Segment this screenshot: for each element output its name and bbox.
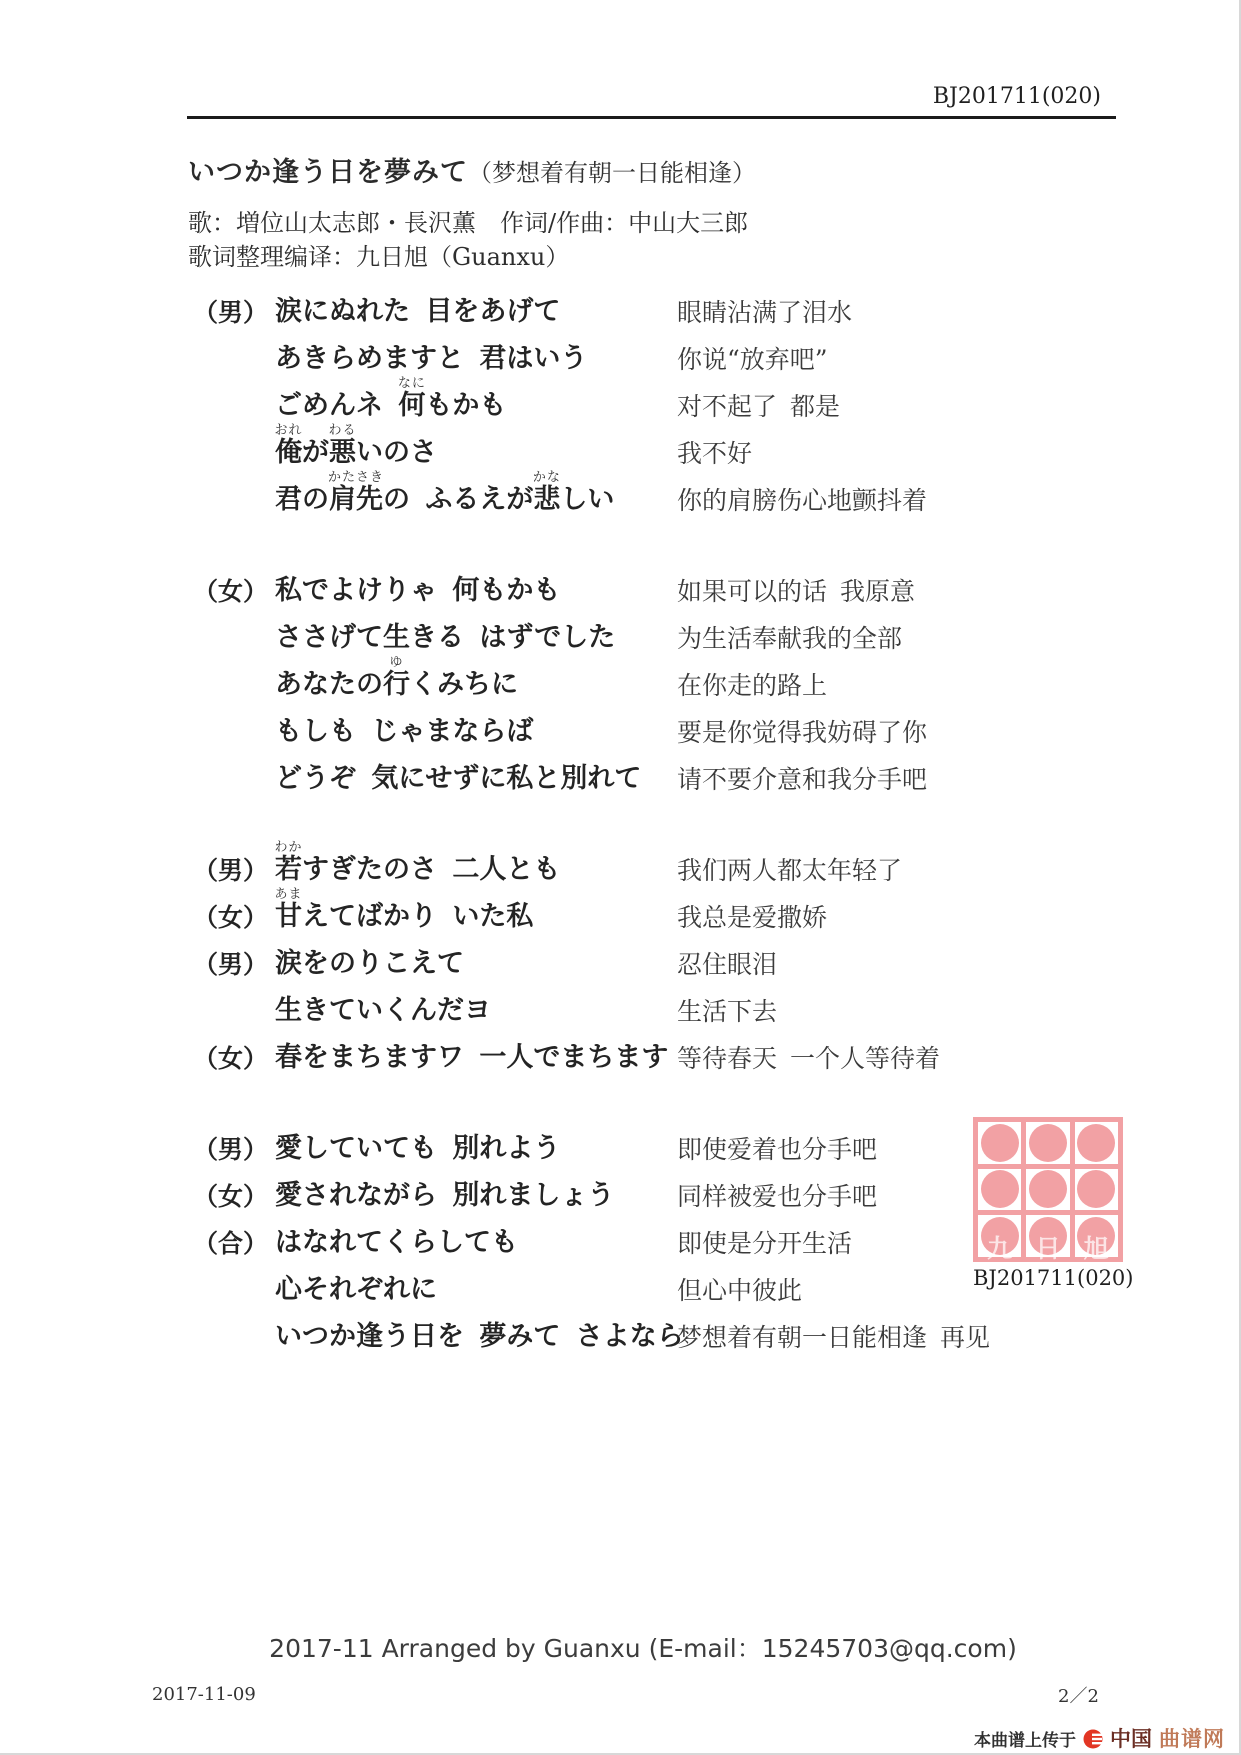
lyric-chinese-translation: 但心中彼此: [677, 1277, 802, 1305]
stamp-cell: [1026, 1122, 1069, 1164]
speaker-label: （女）: [193, 579, 275, 605]
lyric-line: 俺おれが悪わるいのさ我不好: [193, 420, 1193, 467]
lyric-line: （女）甘あまえてばかり いた私我总是爱撒娇: [193, 884, 1193, 931]
ruby-base: 甘あま: [275, 903, 302, 931]
lyric-japanese: 涙にぬれた 目をあげて: [275, 298, 677, 326]
lyric-chinese-translation: 忍住眼泪: [677, 951, 777, 979]
site-name-part2: 曲谱网: [1159, 1728, 1225, 1749]
lyric-chinese-translation: 要是你觉得我妨碍了你: [677, 719, 927, 747]
lyric-chinese-translation: 在你走的路上: [677, 672, 827, 700]
upload-note: 本曲谱上传于: [974, 1726, 1076, 1751]
lyric-japanese: 俺おれが悪わるいのさ: [275, 439, 677, 467]
lyric-chinese-translation: 请不要介意和我分手吧: [677, 766, 927, 794]
lyric-line: あなたの行ゆくみちに在你走的路上: [193, 652, 1193, 699]
stamp-cell: 旭: [1075, 1215, 1118, 1257]
stamp-cell: [1075, 1169, 1118, 1211]
header-divider: [187, 116, 1116, 119]
stamp-dot: [1029, 1124, 1067, 1162]
lyric-chinese-translation: 生活下去: [677, 998, 777, 1026]
speaker-label: （女）: [193, 1184, 275, 1210]
lyric-line: もしも じゃまならば要是你觉得我妨碍了你: [193, 699, 1193, 746]
stamp-dot: [981, 1124, 1019, 1162]
ruby-base: 俺おれ: [275, 439, 302, 467]
ruby-base: 若わか: [275, 856, 302, 884]
lyric-japanese: あなたの行ゆくみちに: [275, 671, 677, 699]
verse: （男）涙にぬれた 目をあげて眼睛沾满了泪水あきらめますと 君はいう你说“放弃吧”…: [193, 279, 1193, 514]
document-code: BJ201711(020): [933, 84, 1101, 109]
stamp-dot: [1029, 1170, 1067, 1208]
lyric-japanese: もしも じゃまならば: [275, 718, 677, 746]
lyric-chinese-translation: 等待春天 一个人等待着: [677, 1045, 940, 1073]
lyric-japanese: ごめんネ 何なにもかも: [275, 392, 677, 420]
lyric-chinese-translation: 如果可以的话 我原意: [677, 578, 915, 606]
furigana: わか: [274, 841, 302, 854]
furigana: あま: [274, 888, 302, 901]
song-title-japanese: いつか逢う日を夢みて: [188, 157, 468, 188]
site-branding: 本曲谱上传于 中国曲谱网: [974, 1726, 1225, 1751]
footer-date: 2017-11-09: [152, 1684, 256, 1705]
lyric-japanese: どうぞ 気にせずに私と別れて: [275, 765, 677, 793]
ruby-base: 何なに: [398, 392, 425, 420]
stamp-cell: [978, 1122, 1021, 1164]
lyrics-sheet-page: { "colors": { "stamp_pink": "#f2a1a4", "…: [0, 0, 1241, 1755]
lyric-line: ごめんネ 何なにもかも对不起了 都是: [193, 373, 1193, 420]
speaker-label: （合）: [193, 1231, 275, 1257]
lyric-chinese-translation: 为生活奉献我的全部: [677, 625, 902, 653]
song-title: いつか逢う日を夢みて（梦想着有朝一日能相逢）: [188, 150, 756, 189]
stamp-cell: [978, 1169, 1021, 1211]
lyric-chinese-translation: 同样被爱也分手吧: [677, 1183, 877, 1211]
stamp-dot: [981, 1170, 1019, 1208]
qupuwang-logo-icon: [1083, 1729, 1103, 1749]
verse: （男）若わかすぎたのさ 二人とも我们两人都太年轻了（女）甘あまえてばかり いた私…: [193, 837, 1193, 1072]
speaker-label: （男）: [193, 952, 275, 978]
speaker-label: （男）: [193, 1137, 275, 1163]
lyric-chinese-translation: 你说“放弃吧”: [677, 346, 828, 374]
stamp-cell: [1075, 1122, 1118, 1164]
lyric-japanese: はなれてくらしても: [275, 1229, 677, 1257]
furigana: おれ: [274, 424, 302, 437]
stamp-character: 旭: [1084, 1236, 1109, 1261]
furigana: かな: [533, 471, 561, 484]
lyric-line: どうぞ 気にせずに私と別れて请不要介意和我分手吧: [193, 746, 1193, 793]
lyric-chinese-translation: 我不好: [677, 440, 752, 468]
ruby-base: 行ゆ: [383, 671, 410, 699]
lyric-line: （女）春をまちますワ 一人でまちます等待春天 一个人等待着: [193, 1025, 1193, 1072]
stamp-dot: [1077, 1170, 1115, 1208]
lyric-chinese-translation: 我总是爱撒娇: [677, 904, 827, 932]
ruby-base: 肩先かたさき: [329, 486, 383, 514]
stamp-character: 九: [987, 1236, 1012, 1261]
lyric-line: いつか逢う日を 夢みて さよなら梦想着有朝一日能相逢 再见: [193, 1304, 1193, 1351]
furigana: かたさき: [328, 471, 384, 484]
stamp-cell: 日: [1026, 1215, 1069, 1257]
stamp-cell: 九: [978, 1215, 1021, 1257]
lyric-japanese: 愛していても 別れよう: [275, 1135, 677, 1163]
lyric-line: （男）涙にぬれた 目をあげて眼睛沾满了泪水: [193, 279, 1193, 326]
credit-arranger: 歌词整理编译：九日旭（Guanxu）: [188, 237, 569, 272]
lyric-japanese: ささげて生きる はずでした: [275, 624, 677, 652]
furigana: ゆ: [389, 656, 403, 669]
seal-stamp: 九日旭: [973, 1117, 1123, 1262]
lyric-chinese-translation: 即使是分开生活: [677, 1230, 852, 1258]
ruby-base: 悪わる: [329, 439, 356, 467]
speaker-label: （女）: [193, 1046, 275, 1072]
speaker-label: （女）: [193, 905, 275, 931]
stamp-character: 日: [1035, 1236, 1060, 1261]
lyric-japanese: 愛されながら 別れましょう: [275, 1182, 677, 1210]
lyric-japanese: 生きていくんだヨ: [275, 997, 677, 1025]
site-name-part1: 中国: [1110, 1728, 1152, 1749]
arranger-contact-line: 2017-11 Arranged by Guanxu (E-mail：15245…: [269, 1629, 1017, 1665]
lyric-line: あきらめますと 君はいう你说“放弃吧”: [193, 326, 1193, 373]
lyric-japanese: 涙をのりこえて: [275, 950, 677, 978]
furigana: わる: [328, 424, 356, 437]
lyric-line: 生きていくんだヨ生活下去: [193, 978, 1193, 1025]
lyric-japanese: 若わかすぎたのさ 二人とも: [275, 856, 677, 884]
lyric-line: 君の肩先かたさきの ふるえが悲かなしい你的肩膀伤心地颤抖着: [193, 467, 1193, 514]
song-title-chinese: （梦想着有朝一日能相逢）: [468, 159, 756, 187]
lyric-japanese: 甘あまえてばかり いた私: [275, 903, 677, 931]
lyric-chinese-translation: 即使爱着也分手吧: [677, 1136, 877, 1164]
lyric-chinese-translation: 你的肩膀伤心地颤抖着: [677, 487, 927, 515]
lyric-line: （男）涙をのりこえて忍住眼泪: [193, 931, 1193, 978]
lyric-chinese-translation: 眼睛沾满了泪水: [677, 299, 852, 327]
stamp-cell: [1026, 1169, 1069, 1211]
lyric-line: ささげて生きる はずでした为生活奉献我的全部: [193, 605, 1193, 652]
verse: （女）私でよけりゃ 何もかも如果可以的话 我原意ささげて生きる はずでした为生活…: [193, 558, 1193, 793]
lyric-japanese: 君の肩先かたさきの ふるえが悲かなしい: [275, 486, 677, 514]
credit-singer-composer: 歌：増位山太志郎・長沢薫 作词/作曲：中山大三郎: [188, 203, 748, 238]
lyric-chinese-translation: 我们两人都太年轻了: [677, 857, 902, 885]
lyric-japanese: いつか逢う日を 夢みて さよなら: [275, 1323, 677, 1351]
speaker-label: （男）: [193, 858, 275, 884]
lyric-japanese: 心それぞれに: [275, 1276, 677, 1304]
lyric-chinese-translation: 梦想着有朝一日能相逢 再见: [677, 1324, 990, 1352]
seal-stamp-caption: BJ201711(020): [973, 1266, 1123, 1290]
lyric-japanese: 春をまちますワ 一人でまちます: [275, 1044, 677, 1072]
lyric-line: （男）若わかすぎたのさ 二人とも我们两人都太年轻了: [193, 837, 1193, 884]
speaker-label: （男）: [193, 300, 275, 326]
lyric-japanese: あきらめますと 君はいう: [275, 345, 677, 373]
lyric-japanese: 私でよけりゃ 何もかも: [275, 577, 677, 605]
stamp-dot: [1077, 1124, 1115, 1162]
ruby-base: 悲かな: [533, 486, 560, 514]
lyric-chinese-translation: 对不起了 都是: [677, 393, 840, 421]
lyric-line: （女）私でよけりゃ 何もかも如果可以的话 我原意: [193, 558, 1193, 605]
furigana: なに: [398, 377, 426, 390]
page-number: 2／2: [1058, 1682, 1099, 1708]
